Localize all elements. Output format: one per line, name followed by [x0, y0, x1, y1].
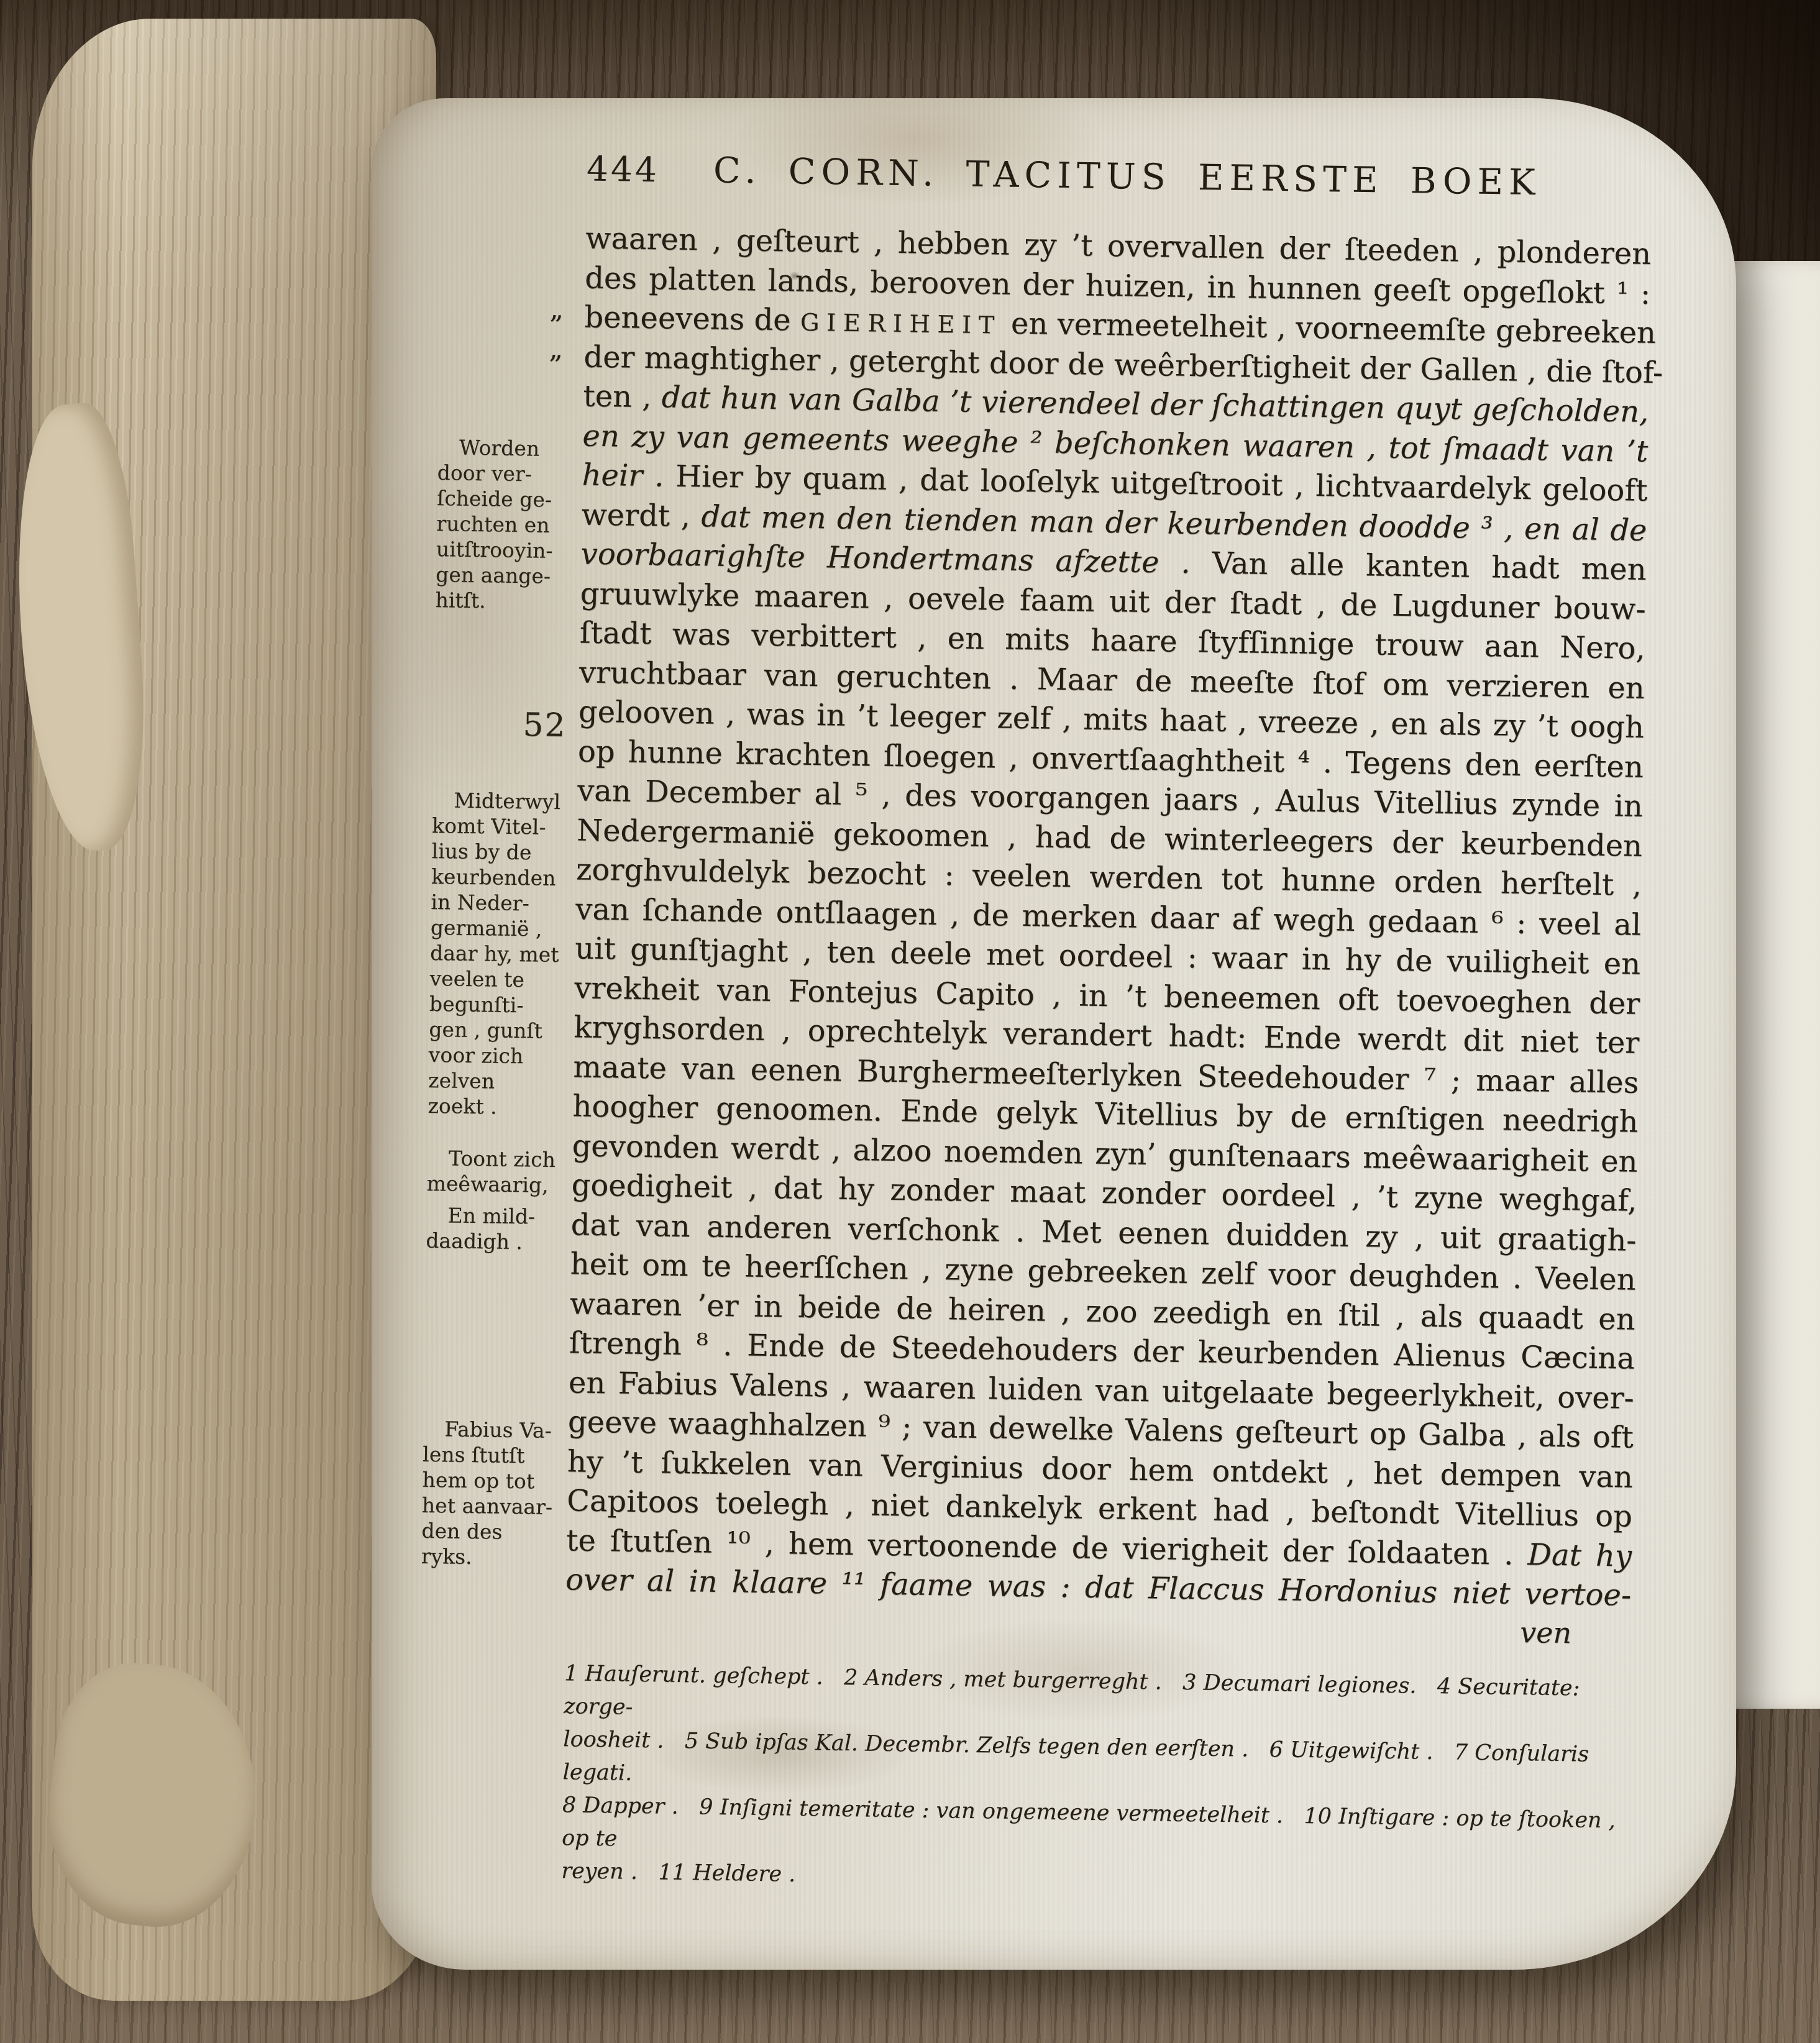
body-text: waaren , geſteurt , hebben zy ’t overval…	[561, 219, 1652, 1904]
running-title: C. CORN. TACITUS EERSTE BOEK	[695, 150, 1652, 205]
section-number: 52	[523, 713, 567, 739]
printed-page-content: 444 C. CORN. TACITUS EERSTE BOEK Worden …	[370, 124, 1746, 1996]
body-lines: waaren , geſteurt , hebben zy ’t overval…	[565, 219, 1652, 1616]
page-number: 444	[586, 149, 695, 191]
footnotes: 1 Hauſerunt. geſchept . 2 Anders , met b…	[561, 1657, 1630, 1903]
margin-note: Midterwyl komt Vitel- lius by de keurben…	[428, 787, 580, 1120]
page-header: 444 C. CORN. TACITUS EERSTE BOEK	[586, 149, 1652, 205]
photo-scene: 444 C. CORN. TACITUS EERSTE BOEK Worden …	[0, 0, 1820, 2043]
margin-note: Worden door ver- ſcheide ge- ruchten en …	[435, 434, 585, 615]
margin-note: Toont zich meêwaarig,	[426, 1145, 575, 1199]
margin-note: Fabius Va- lens ſtutſt hem op tot het aa…	[421, 1416, 572, 1571]
margin-note: En mild- daadigh .	[426, 1202, 574, 1256]
